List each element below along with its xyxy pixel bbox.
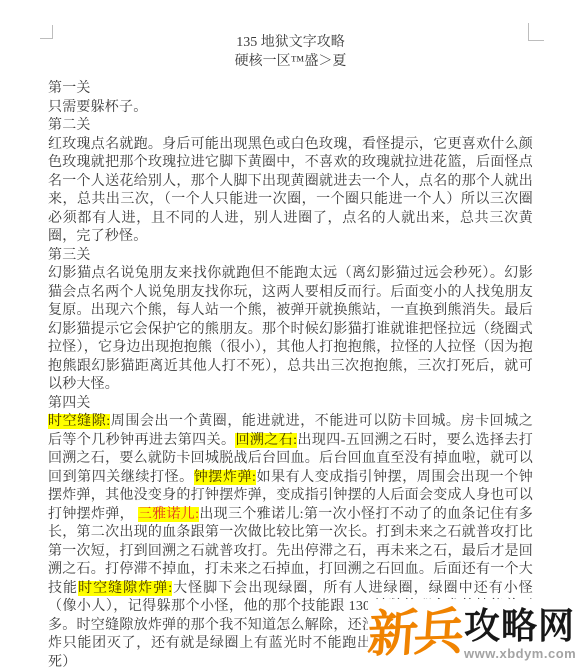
highlighted-keyword: 三雅诺儿:	[138, 507, 199, 522]
document-subtitle: 硬核一区™盛＞夏	[48, 52, 533, 71]
watermark-brand-right: 攻略网 www.xbdym.com	[464, 607, 576, 663]
doc-paragraphs: 第一关只需要躲杯子。第二关红玫瑰点名就跑。身后可能出现黑色或白色玫瑰，看怪提示，…	[48, 80, 533, 671]
highlighted-keyword: 回溯之石:	[235, 433, 297, 448]
text-run: 第二关	[48, 118, 91, 133]
paragraph-level-3: 幻影猫点名说兔朋友来找你就跑但不能跑太远（离幻影猫过远会秒死）。幻影猫会点名两个…	[48, 265, 533, 395]
paragraph-level-1: 只需要躲杯子。	[48, 99, 533, 118]
highlighted-keyword: 时空缝隙:	[48, 414, 110, 429]
watermark-logo: 新兵 攻略网 www.xbdym.com	[368, 599, 580, 669]
paragraph-level-2: 红玫瑰点名就跑。身后可能出现黑色或白色玫瑰，看怪提示，它更喜欢什么颜色玫瑰就把那…	[48, 136, 533, 247]
document-title: 135 地狱文字攻略	[48, 33, 533, 52]
highlighted-keyword: 钟摆炸弹:	[194, 470, 256, 485]
watermark-brand-black: 攻略网	[464, 607, 576, 645]
text-run: 第一关	[48, 81, 91, 96]
text-run: 幻影猫点名说兔朋友来找你就跑但不能跑太远（离幻影猫过远会秒死）。幻影猫会点名两个…	[48, 266, 533, 392]
text-run: 红玫瑰点名就跑。身后可能出现黑色或白色玫瑰，看怪提示，它更喜欢什么颜色玫瑰就把那…	[48, 137, 533, 245]
heading-level-2: 第二关	[48, 117, 533, 136]
heading-level-4: 第四关	[48, 395, 533, 414]
heading-level-3: 第三关	[48, 247, 533, 266]
watermark-brand-orange: 新兵	[366, 599, 463, 666]
text-run: 只需要躲杯子。	[48, 100, 147, 115]
text-run: 第四关	[48, 396, 91, 411]
watermark-url: www.xbdym.com	[464, 646, 576, 661]
text-run: 第三关	[48, 248, 91, 263]
highlighted-keyword: 时空缝隙炸弹:	[78, 581, 172, 596]
document-page: 135 地狱文字攻略 硬核一区™盛＞夏 第一关只需要躲杯子。第二关红玫瑰点名就跑…	[48, 33, 533, 671]
heading-level-1: 第一关	[48, 80, 533, 99]
